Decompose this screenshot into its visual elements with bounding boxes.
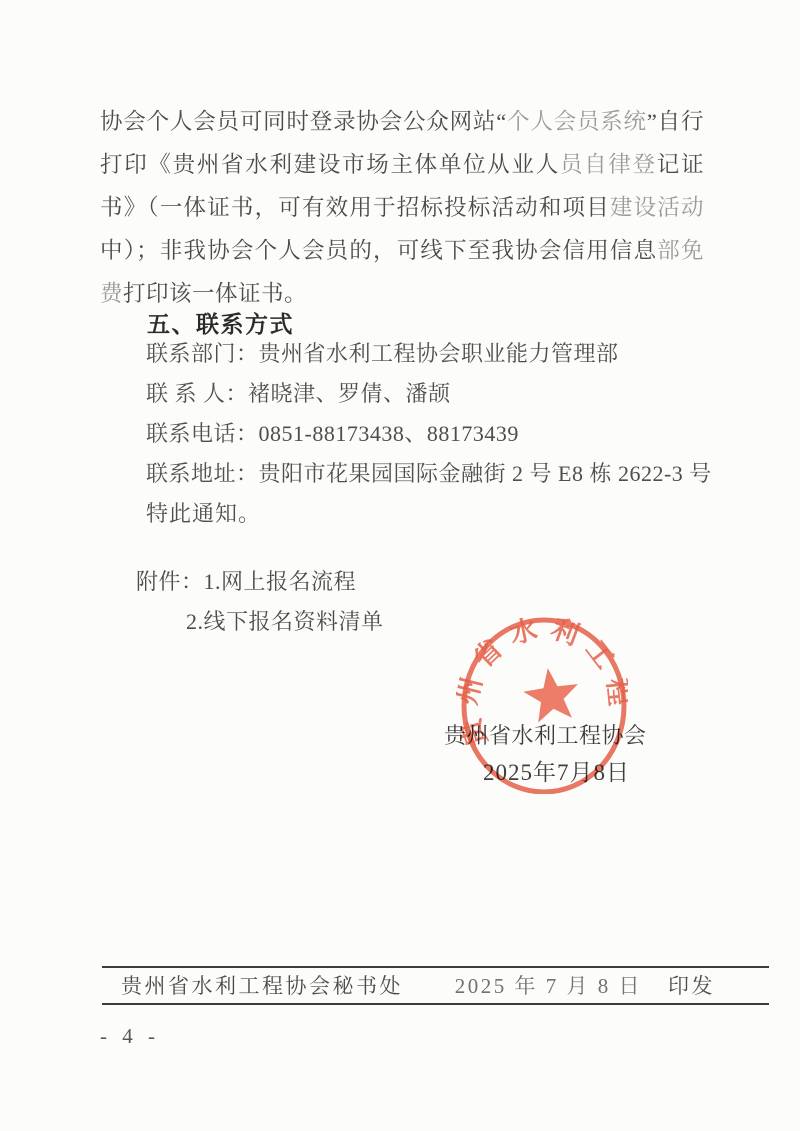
contact-label: 联系地址： [146,461,259,486]
attachment-item: 1.网上报名流程 [204,569,357,594]
contact-block: 联系部门：贵州省水利工程协会职业能力管理部 联 系 人：褚晓津、罗倩、潘颉 联系… [146,334,712,534]
footer-row: 贵州省水利工程协会秘书处 2025 年 7 月 8 日印发 [102,968,769,1002]
document-page: 协会个人会员可同时登录协会公众网站“个人会员系统”自行打印《贵州省水利建设市场主… [0,0,800,1131]
paragraph-segment-faded: 员自律登 [560,152,657,177]
contact-line-address: 联系地址：贵阳市花果园国际金融街 2 号 E8 栋 2622-3 号 [146,454,712,494]
paragraph-segment-faded: 建设活动 [610,195,704,220]
seal-text: 贵州省水利工程协会 [456,616,628,753]
footer-rule-bottom [102,1003,769,1005]
contact-value: 0851-88173438、88173439 [259,421,519,446]
paragraph-segment: 中）；非我协会个人会员的，可线下至我协会信用信息 [100,238,657,263]
body-paragraph: 协会个人会员可同时登录协会公众网站“个人会员系统”自行打印《贵州省水利建设市场主… [100,100,704,315]
contact-value: 贵州省水利工程协会职业能力管理部 [259,341,619,366]
footer-date: 2025 年 7 月 8 日 [455,974,642,998]
paragraph-segment-faded: 个人会员系统 [507,109,647,134]
contact-line-person: 联 系 人：褚晓津、罗倩、潘颉 [146,374,712,414]
attachment-row: 附件：1.网上报名流程 [136,562,384,602]
attachments-label: 附件： [136,569,204,594]
contact-line-department: 联系部门：贵州省水利工程协会职业能力管理部 [146,334,712,374]
contact-label: 联 系 人： [146,381,248,406]
contact-value: 贵阳市花果园国际金融街 2 号 E8 栋 2622-3 号 [259,461,712,486]
contact-line-phone: 联系电话：0851-88173438、88173439 [146,414,712,454]
paragraph-segment: 打印该一体证书。 [123,281,307,306]
footer-issuer: 贵州省水利工程协会秘书处 [121,970,403,1000]
official-seal-icon: 贵州省水利工程协会 [456,616,628,794]
paragraph-segment: 协会个人会员可同时登录协会公众网站“ [100,109,507,134]
attachments-block: 附件：1.网上报名流程 2.线下报名资料清单 [136,562,384,642]
footer-suffix: 印发 [668,974,715,998]
attachment-row: 2.线下报名资料清单 [186,602,384,642]
svg-text:贵州省水利工程协会: 贵州省水利工程协会 [456,616,628,753]
closing-line: 特此通知。 [146,494,712,534]
footer-date-line: 2025 年 7 月 8 日印发 [455,970,715,1000]
contact-label: 联系电话： [146,421,259,446]
page-number: - 4 - [100,1024,160,1049]
contact-label: 联系部门： [146,341,259,366]
contact-value: 褚晓津、罗倩、潘颉 [248,381,451,406]
seal-star-icon [520,664,582,724]
attachment-item: 2.线下报名资料清单 [186,609,384,634]
